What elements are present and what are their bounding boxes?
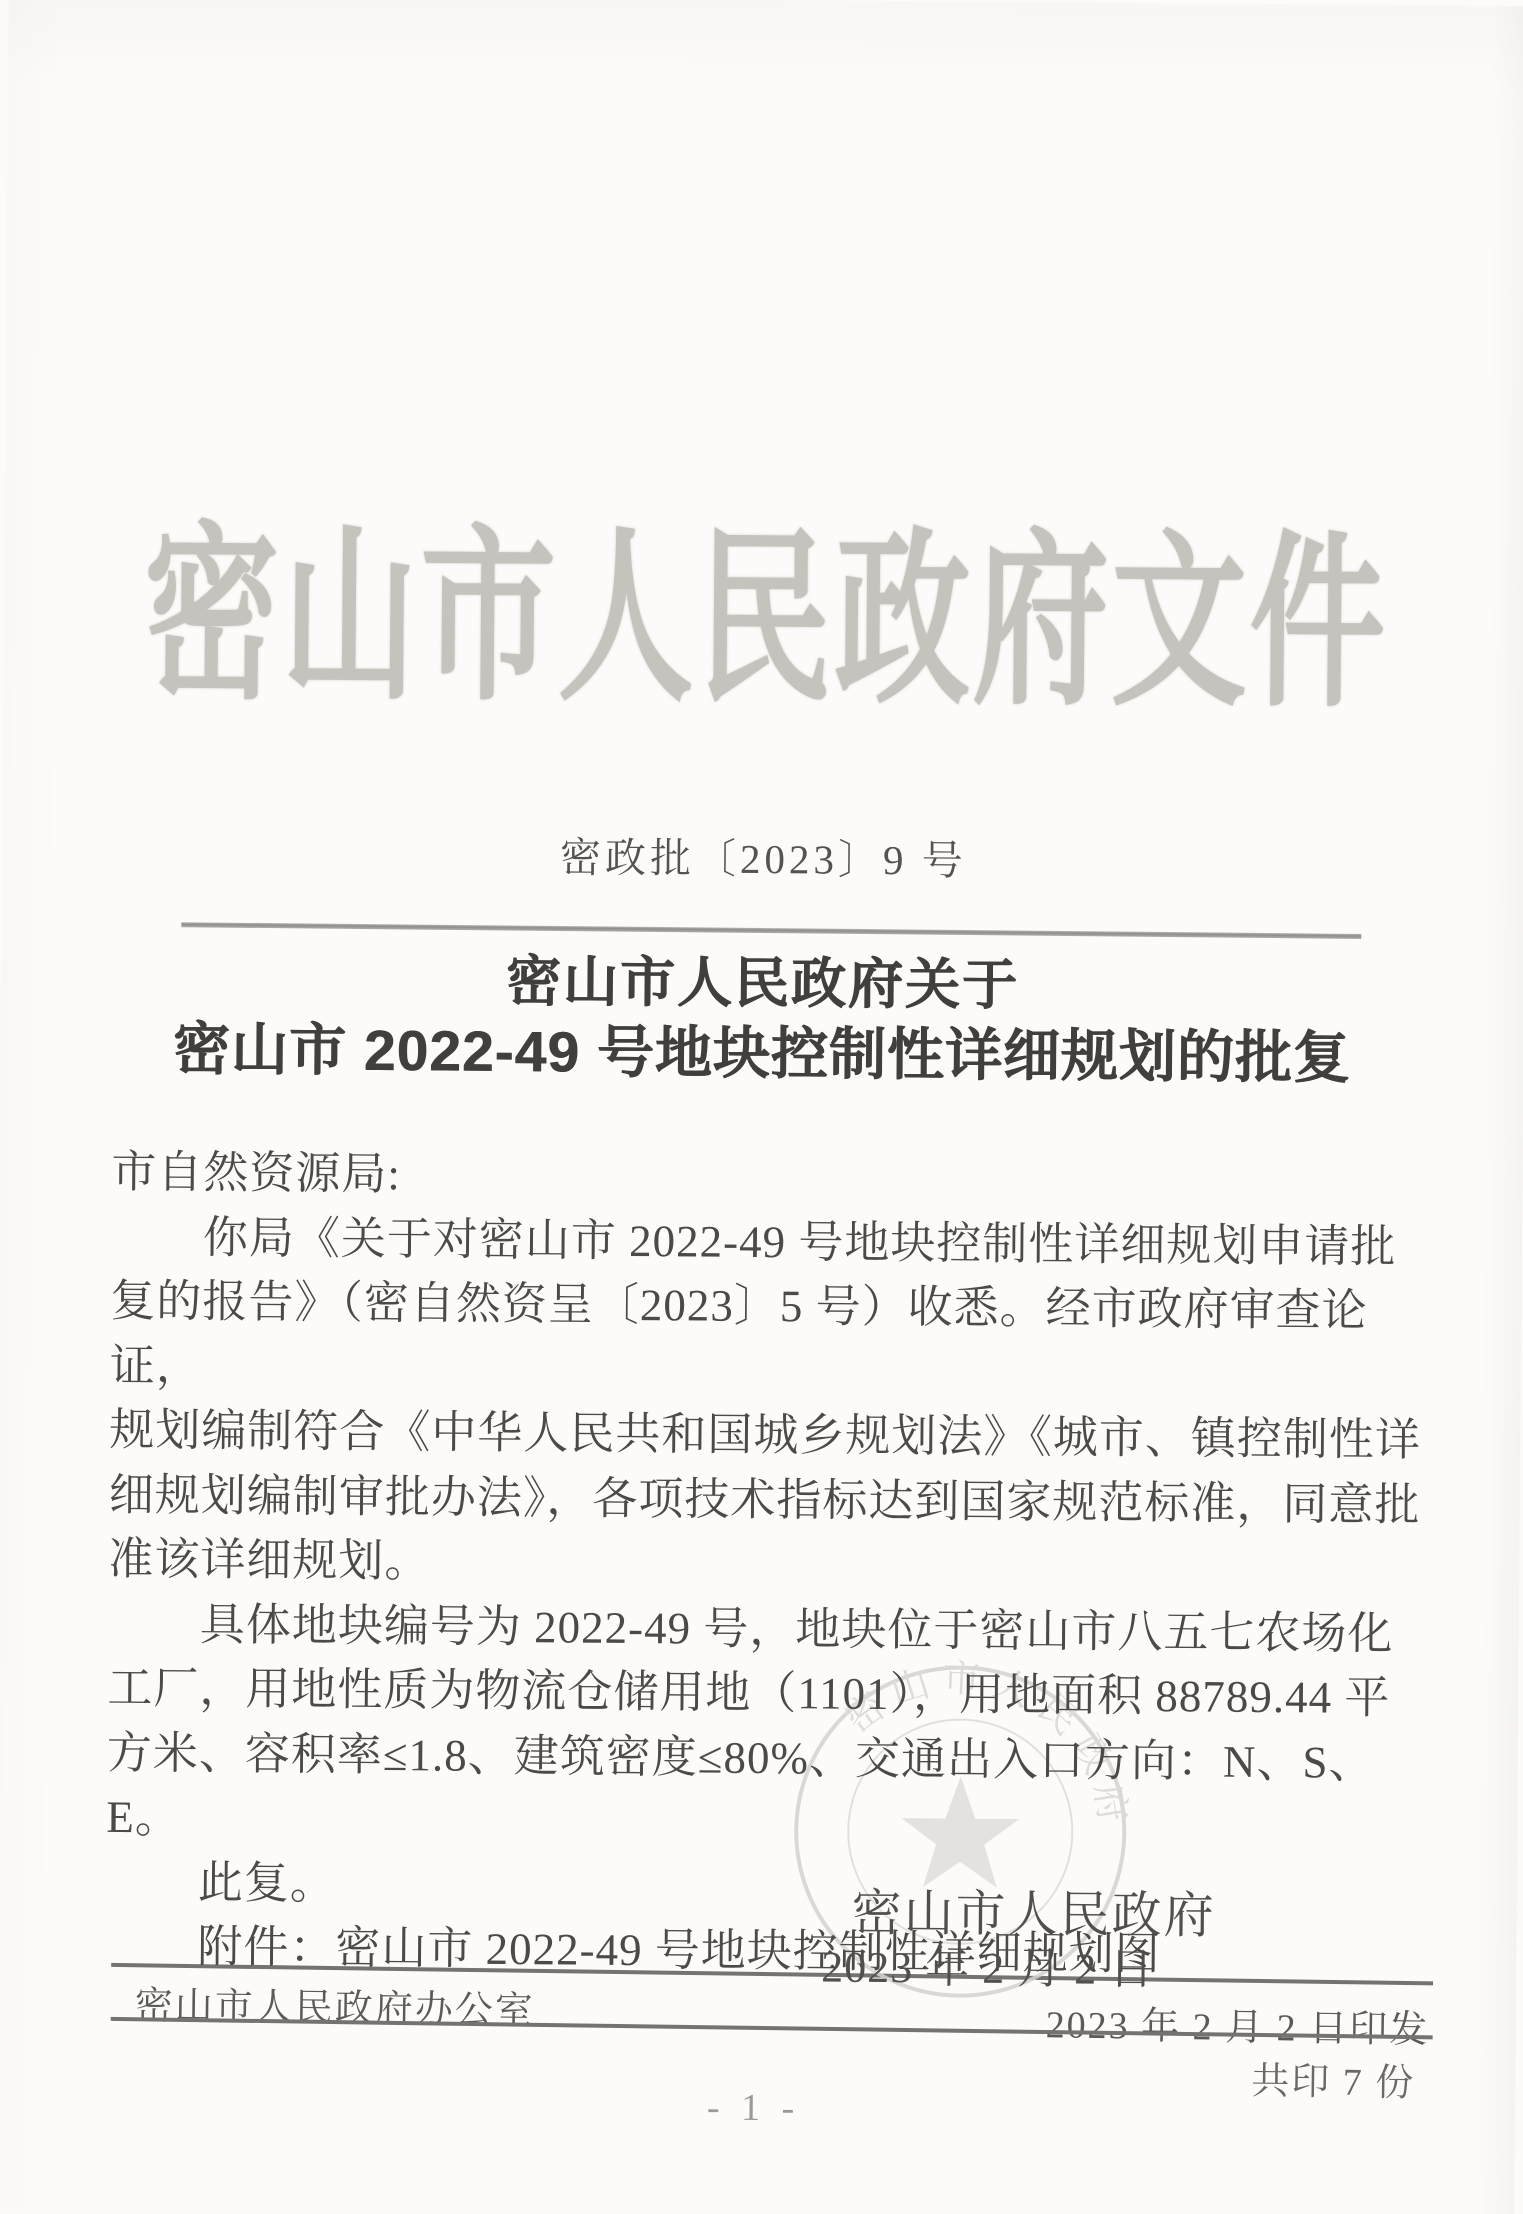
body-line: 此复。	[106, 1849, 1436, 1924]
body-line: 细规划编制审批办法》，各项技术指标达到国家规范标准，同意批	[109, 1462, 1439, 1537]
attachment-line: 附件：密山市 2022-49 号地块控制性详细规划图	[105, 1914, 1435, 1989]
document-title-line-2: 密山市 2022-49 号地块控制性详细规划的批复	[0, 1012, 1523, 1096]
body-line: 方米、容积率≤1.8、建筑密度≤80%、交通出入口方向：N、S、E。	[106, 1720, 1437, 1859]
header-divider-rule	[181, 922, 1361, 939]
signature-date: 2023 年 2 月 2 日	[821, 1931, 1154, 1998]
body-line: 准该详细规划。	[108, 1527, 1438, 1602]
salutation-line: 市自然资源局:	[111, 1140, 1441, 1215]
body-line: 工厂，用地性质为物流仓储用地（1101），用地面积 88789.44 平	[107, 1656, 1437, 1731]
document-page: 密山市人民政府文件 密政批〔2023〕9 号 密山市人民政府关于 密山市 202…	[0, 0, 1523, 2214]
document-body: 市自然资源局: 你局《关于对密山市 2022-49 号地块控制性详细规划申请批 …	[105, 1140, 1442, 1989]
document-header-title: 密山市人民政府文件	[142, 463, 1388, 743]
body-line: 复的报告》（密自然资呈〔2023〕5 号）收悉。经市政府审查论证，	[110, 1269, 1441, 1408]
document-title: 密山市人民政府关于 密山市 2022-49 号地块控制性详细规划的批复	[0, 942, 1523, 1096]
body-line: 具体地块编号为 2022-49 号，地块位于密山市八五七农场化	[108, 1591, 1438, 1666]
document-title-line-1: 密山市人民政府关于	[1, 942, 1523, 1024]
document-number: 密政批〔2023〕9 号	[2, 820, 1523, 891]
body-line: 规划编制符合《中华人民共和国城乡规划法》《城市、镇控制性详	[109, 1398, 1439, 1473]
body-line: 你局《关于对密山市 2022-49 号地块控制性详细规划申请批	[111, 1204, 1441, 1279]
